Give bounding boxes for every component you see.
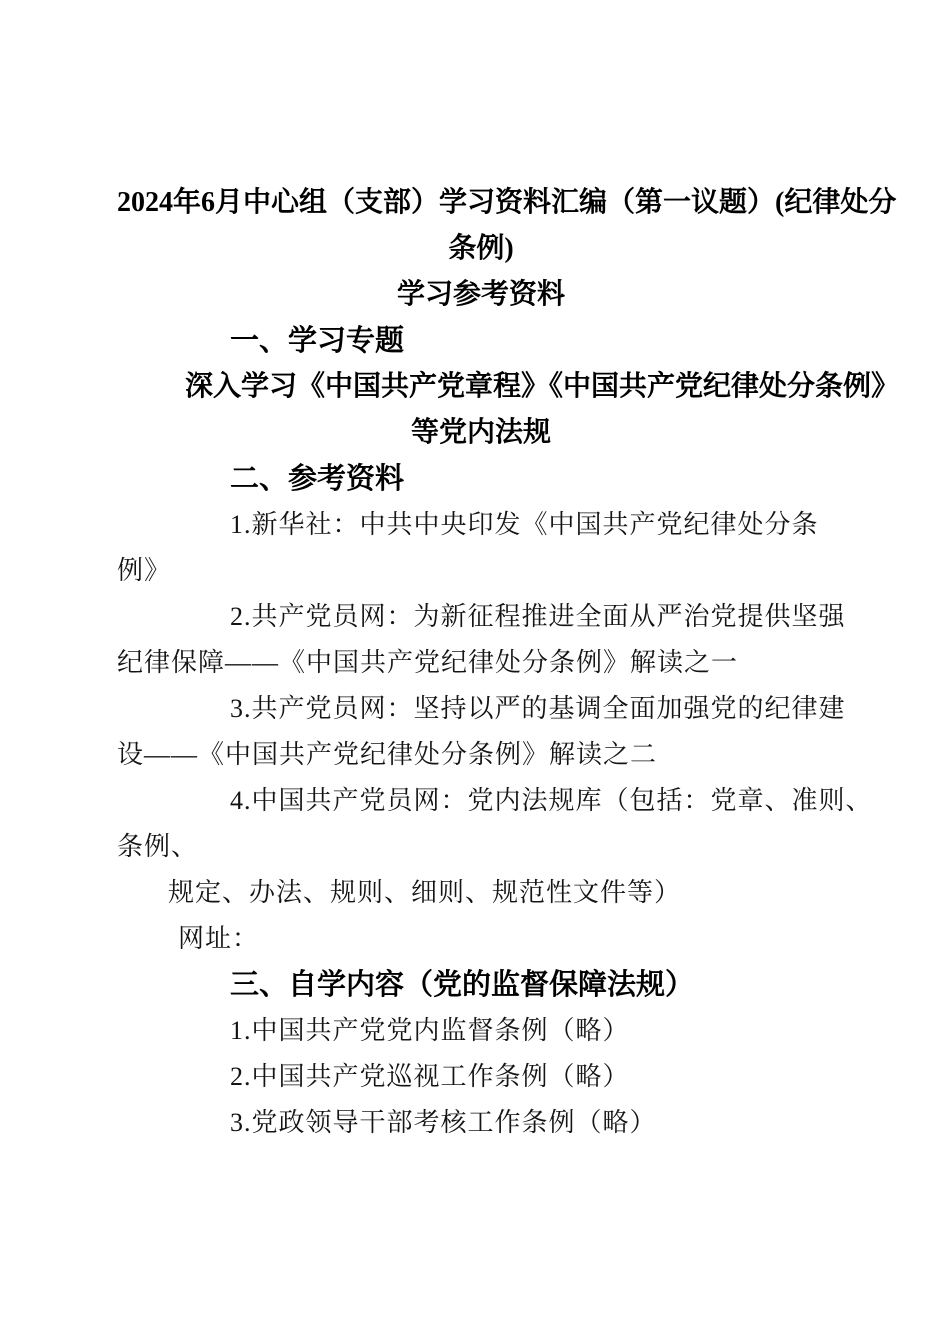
document-line-subtitle: 学习参考资料 [117,272,845,318]
document-line-title: 2024年6月中心组（支部）学习资料汇编（第一议题）(纪律处分 [117,180,845,226]
document-line-body: 纪律保障——《中国共产党纪律处分条例》解读之一 [117,640,845,686]
document-line-body: 2.中国共产党巡视工作条例（略） [117,1054,845,1100]
document-line-body: 设——《中国共产党纪律处分条例》解读之二 [117,732,845,778]
document-line-body: 1.新华社：中共中央印发《中国共产党纪律处分条 [117,502,845,548]
document-line-body: 4.中国共产党员网：党内法规库（包括：党章、准则、 [117,778,845,824]
document-line-body: 规定、办法、规则、细则、规范性文件等） [117,870,845,916]
document-line-heading: 三、自学内容（党的监督保障法规） [117,962,845,1008]
document-line-body: 1.中国共产党党内监督条例（略） [117,1008,845,1054]
document-line-title: 条例) [117,226,845,272]
document-line-heading: 一、学习专题 [117,318,845,364]
document-line-heading: 二、参考资料 [117,456,845,502]
document-line-body: 2.共产党员网：为新征程推进全面从严治党提供坚强 [117,594,845,640]
document-line-body: 3.党政领导干部考核工作条例（略） [117,1100,845,1146]
document-line-topic: 等党内法规 [117,410,845,456]
document-line-body: 条例、 [117,824,845,870]
document-line-body: 例》 [117,548,845,594]
document-line-topic: 深入学习《中国共产党章程》《中国共产党纪律处分条例》 [117,364,845,410]
document-line-body: 网址： [117,916,845,962]
document-line-body: 3.共产党员网：坚持以严的基调全面加强党的纪律建 [117,686,845,732]
document-page: 2024年6月中心组（支部）学习资料汇编（第一议题）(纪律处分条例)学习参考资料… [0,0,950,1344]
